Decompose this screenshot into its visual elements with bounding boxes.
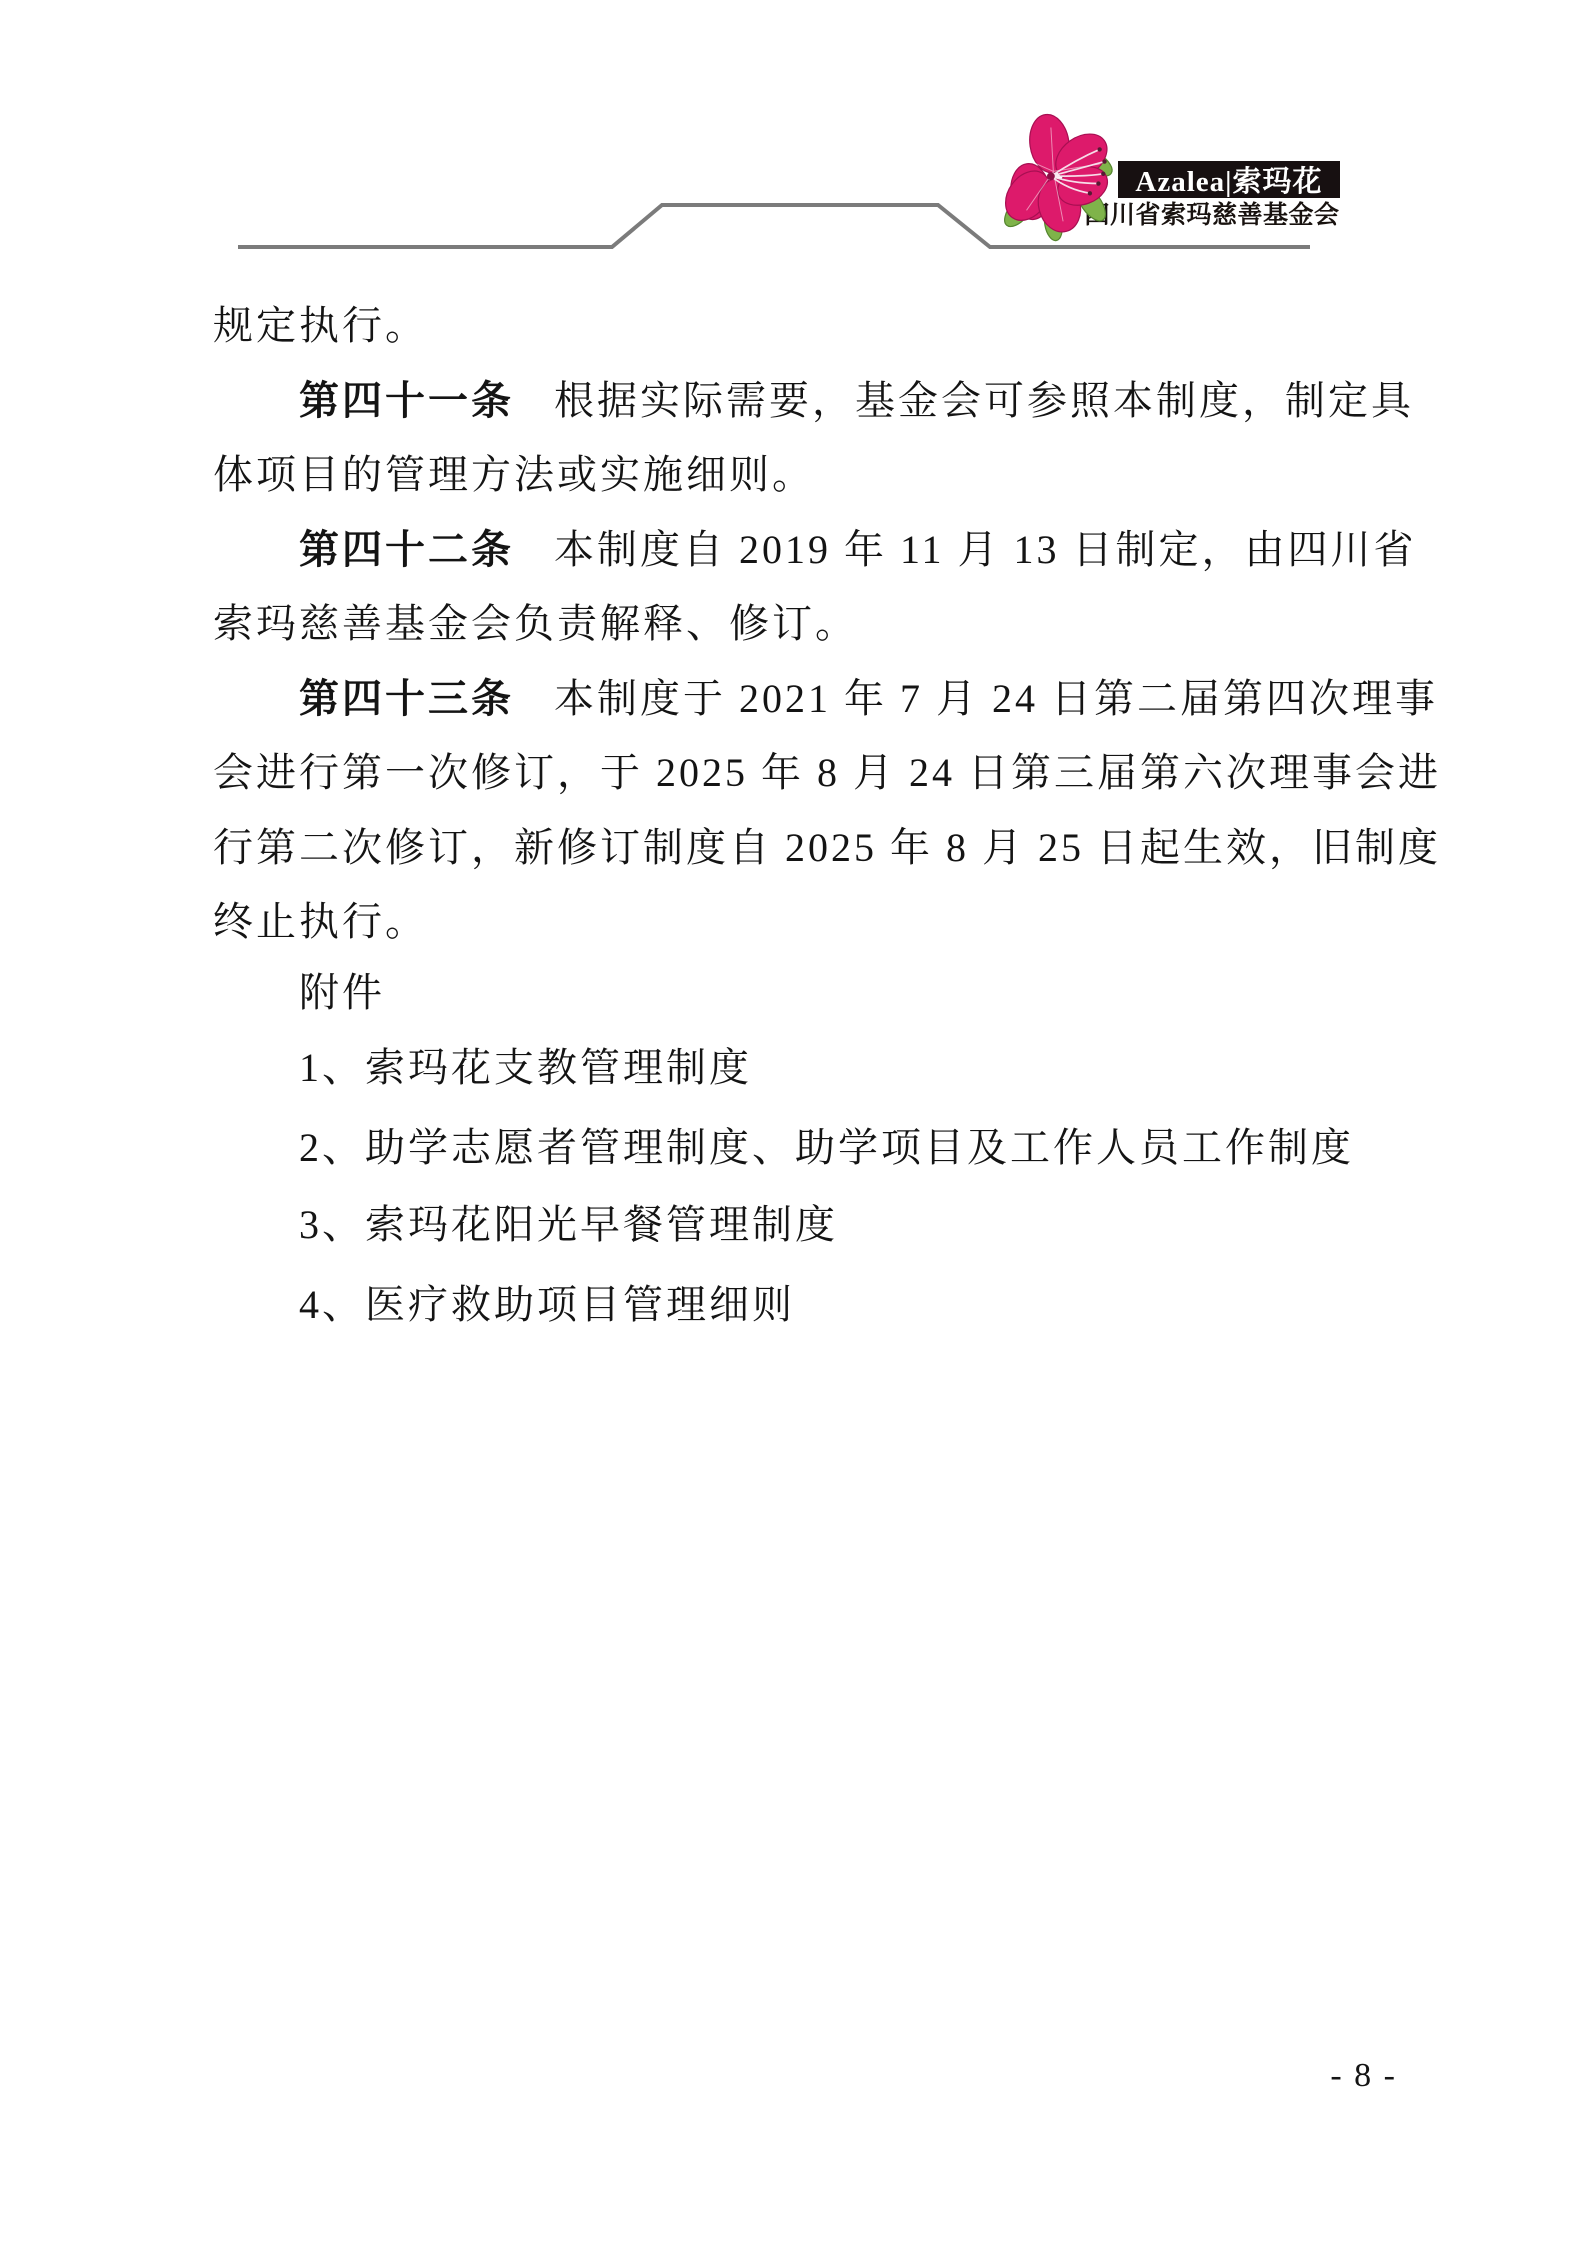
azalea-flower-icon <box>990 108 1124 242</box>
body-line: 第四十一条根据实际需要，基金会可参照本制度，制定具 <box>213 363 1479 438</box>
body-line: 终止执行。 <box>213 884 1393 959</box>
article-number-label: 第四十二条 <box>299 527 514 572</box>
logo-brand-box: Azalea|索玛花 <box>1118 161 1340 198</box>
body-line: 索玛慈善基金会负责解释、修订。 <box>213 586 1393 661</box>
attachment-item: 3、索玛花阳光早餐管理制度 <box>213 1187 1479 1262</box>
document-page: Azalea|索玛花 四川省索玛慈善基金会 <box>0 0 1587 2245</box>
page-number: - 8 - <box>1330 2056 1397 2096</box>
attachments-heading: 附件 <box>213 955 1479 1030</box>
article-number-label: 第四十三条 <box>299 676 514 721</box>
body-line: 规定执行。 <box>213 288 1393 363</box>
body-line: 体项目的管理方法或实施细则。 <box>213 437 1393 512</box>
attachment-item: 1、索玛花支教管理制度 <box>213 1030 1479 1105</box>
attachment-item: 2、助学志愿者管理制度、助学项目及工作人员工作制度 <box>213 1110 1479 1185</box>
body-line: 第四十二条本制度自 2019 年 11 月 13 日制定，由四川省 <box>213 512 1479 587</box>
attachment-item: 4、医疗救助项目管理细则 <box>213 1267 1479 1342</box>
foundation-logo: Azalea|索玛花 四川省索玛慈善基金会 <box>980 100 1360 250</box>
article-number-label: 第四十一条 <box>299 378 514 423</box>
logo-brand-text: Azalea|索玛花 <box>1135 159 1322 200</box>
body-line: 会进行第一次修订，于 2025 年 8 月 24 日第三届第六次理事会进 <box>213 735 1393 810</box>
body-line: 第四十三条本制度于 2021 年 7 月 24 日第二届第四次理事 <box>213 661 1479 736</box>
body-line: 行第二次修订，新修订制度自 2025 年 8 月 25 日起生效，旧制度 <box>213 810 1393 885</box>
